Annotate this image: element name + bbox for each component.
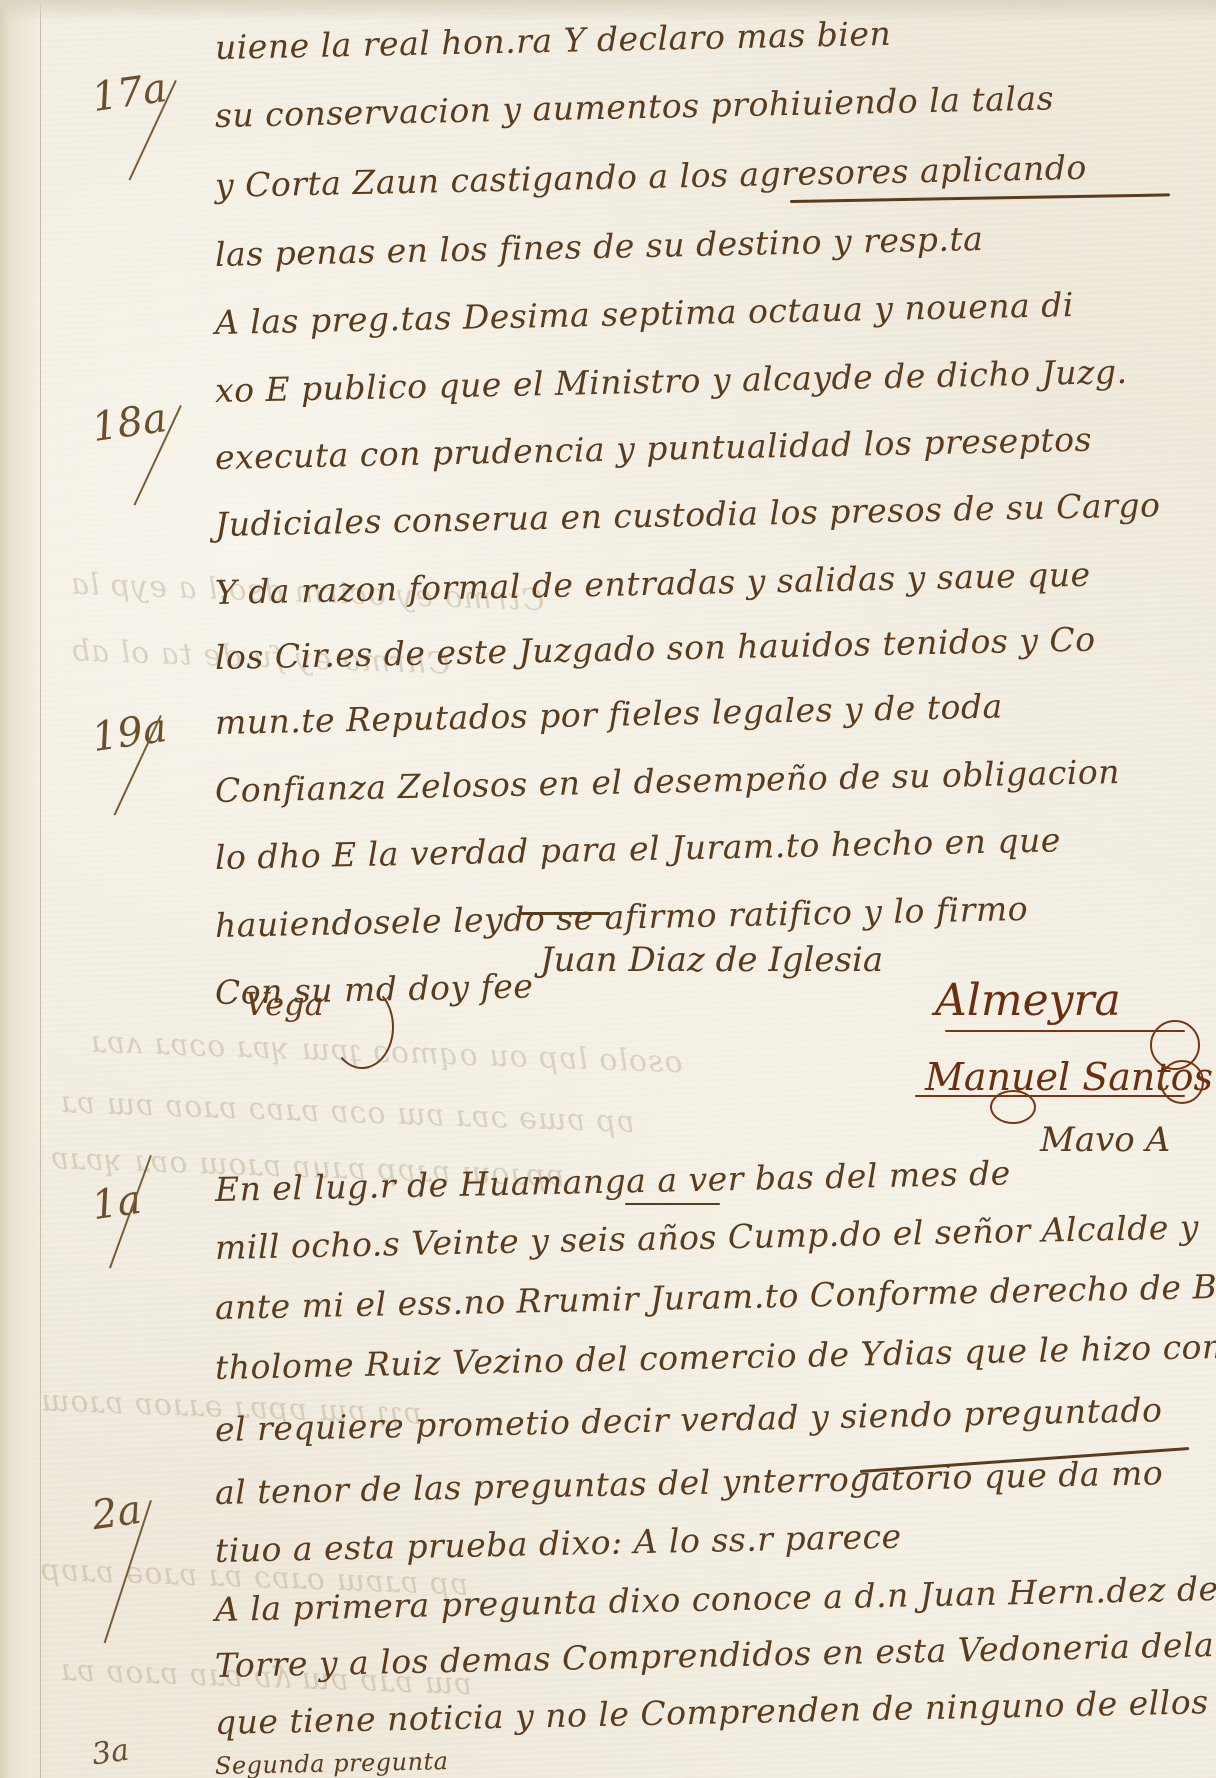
margin-number: 19a [89, 705, 169, 761]
manuscript-line: A las preg.tas Desima septima octaua y n… [215, 285, 1075, 342]
manuscript-line: executa con prudencia y puntualidad los … [215, 420, 1093, 477]
signature-flourish [1160, 1060, 1204, 1104]
manuscript-line: tiuo a esta prueba dixo: A lo ss.r parec… [215, 1517, 902, 1570]
manuscript-line: xo E publico que el Ministro y alcayde d… [215, 352, 1128, 410]
manuscript-line: ante mi el ess.no Rrumir Juram.to Confor… [215, 1266, 1216, 1327]
manuscript-line: Segunda pregunta [215, 1747, 449, 1778]
signature-flourish [990, 1090, 1036, 1124]
rubric-flourish [330, 985, 394, 1069]
page-binding-edge [0, 0, 41, 1778]
margin-number: 2a [89, 1487, 144, 1539]
manuscript-line: su conservacion y aumentos prohiuiendo l… [215, 78, 1055, 135]
line-end-rule [520, 912, 610, 915]
manuscript-line: al tenor de las preguntas del ynterrogat… [215, 1453, 1164, 1512]
manuscript-line: Judiciales conserua en custodia los pres… [215, 485, 1161, 544]
manuscript-line: mun.te Reputados por fieles legales y de… [215, 687, 1003, 742]
signature-mavo: Mavo A [1040, 1120, 1170, 1160]
manuscript-page: Ctrmo ey ocirm dso.l a eyp la Chrmo ey f… [0, 0, 1216, 1778]
signature-rule [945, 1030, 1185, 1032]
page-top-edge [0, 0, 1216, 22]
manuscript-line: tholome Ruiz Vezino del comercio de Ydia… [215, 1326, 1216, 1387]
signature-witness: Juan Diaz de Iglesia [540, 940, 883, 980]
manuscript-line: Confianza Zelosos en el desempeño de su … [215, 752, 1121, 810]
bleed-through-text: ɐp ɐɯǝ ɔɐɹ ɐɯ oɔɐ ɐɹɐɔ ɐɹoɐ ɐɯ ɐɹ [60, 1085, 636, 1140]
signature-rubric-left: Vega [245, 985, 324, 1023]
margin-number: 18a [89, 395, 169, 451]
manuscript-line: Torre y a los demas Comprendidos en esta… [215, 1625, 1215, 1685]
manuscript-line: los Cir.es de este Juzgado son hauidos t… [215, 620, 1096, 677]
manuscript-line: hauiendosele leydo se afirmo ratifico y … [215, 889, 1029, 945]
signature-rule [915, 1095, 1185, 1097]
margin-number: 3a [90, 1733, 131, 1773]
margin-number: 1a [89, 1177, 144, 1229]
underline-mark [625, 1203, 720, 1205]
manuscript-line: Y da razon formal de entradas y salidas … [215, 555, 1091, 612]
manuscript-line: lo dho E la verdad para el Juram.to hech… [215, 820, 1062, 877]
margin-number: 17a [89, 65, 169, 121]
manuscript-line: mill ocho.s Veinte y seis años Cump.do e… [215, 1207, 1200, 1267]
signature-almeyra: Almeyra [935, 975, 1121, 1026]
line-end-rule [790, 193, 1170, 203]
manuscript-line: las penas en los fines de su destino y r… [215, 219, 984, 274]
